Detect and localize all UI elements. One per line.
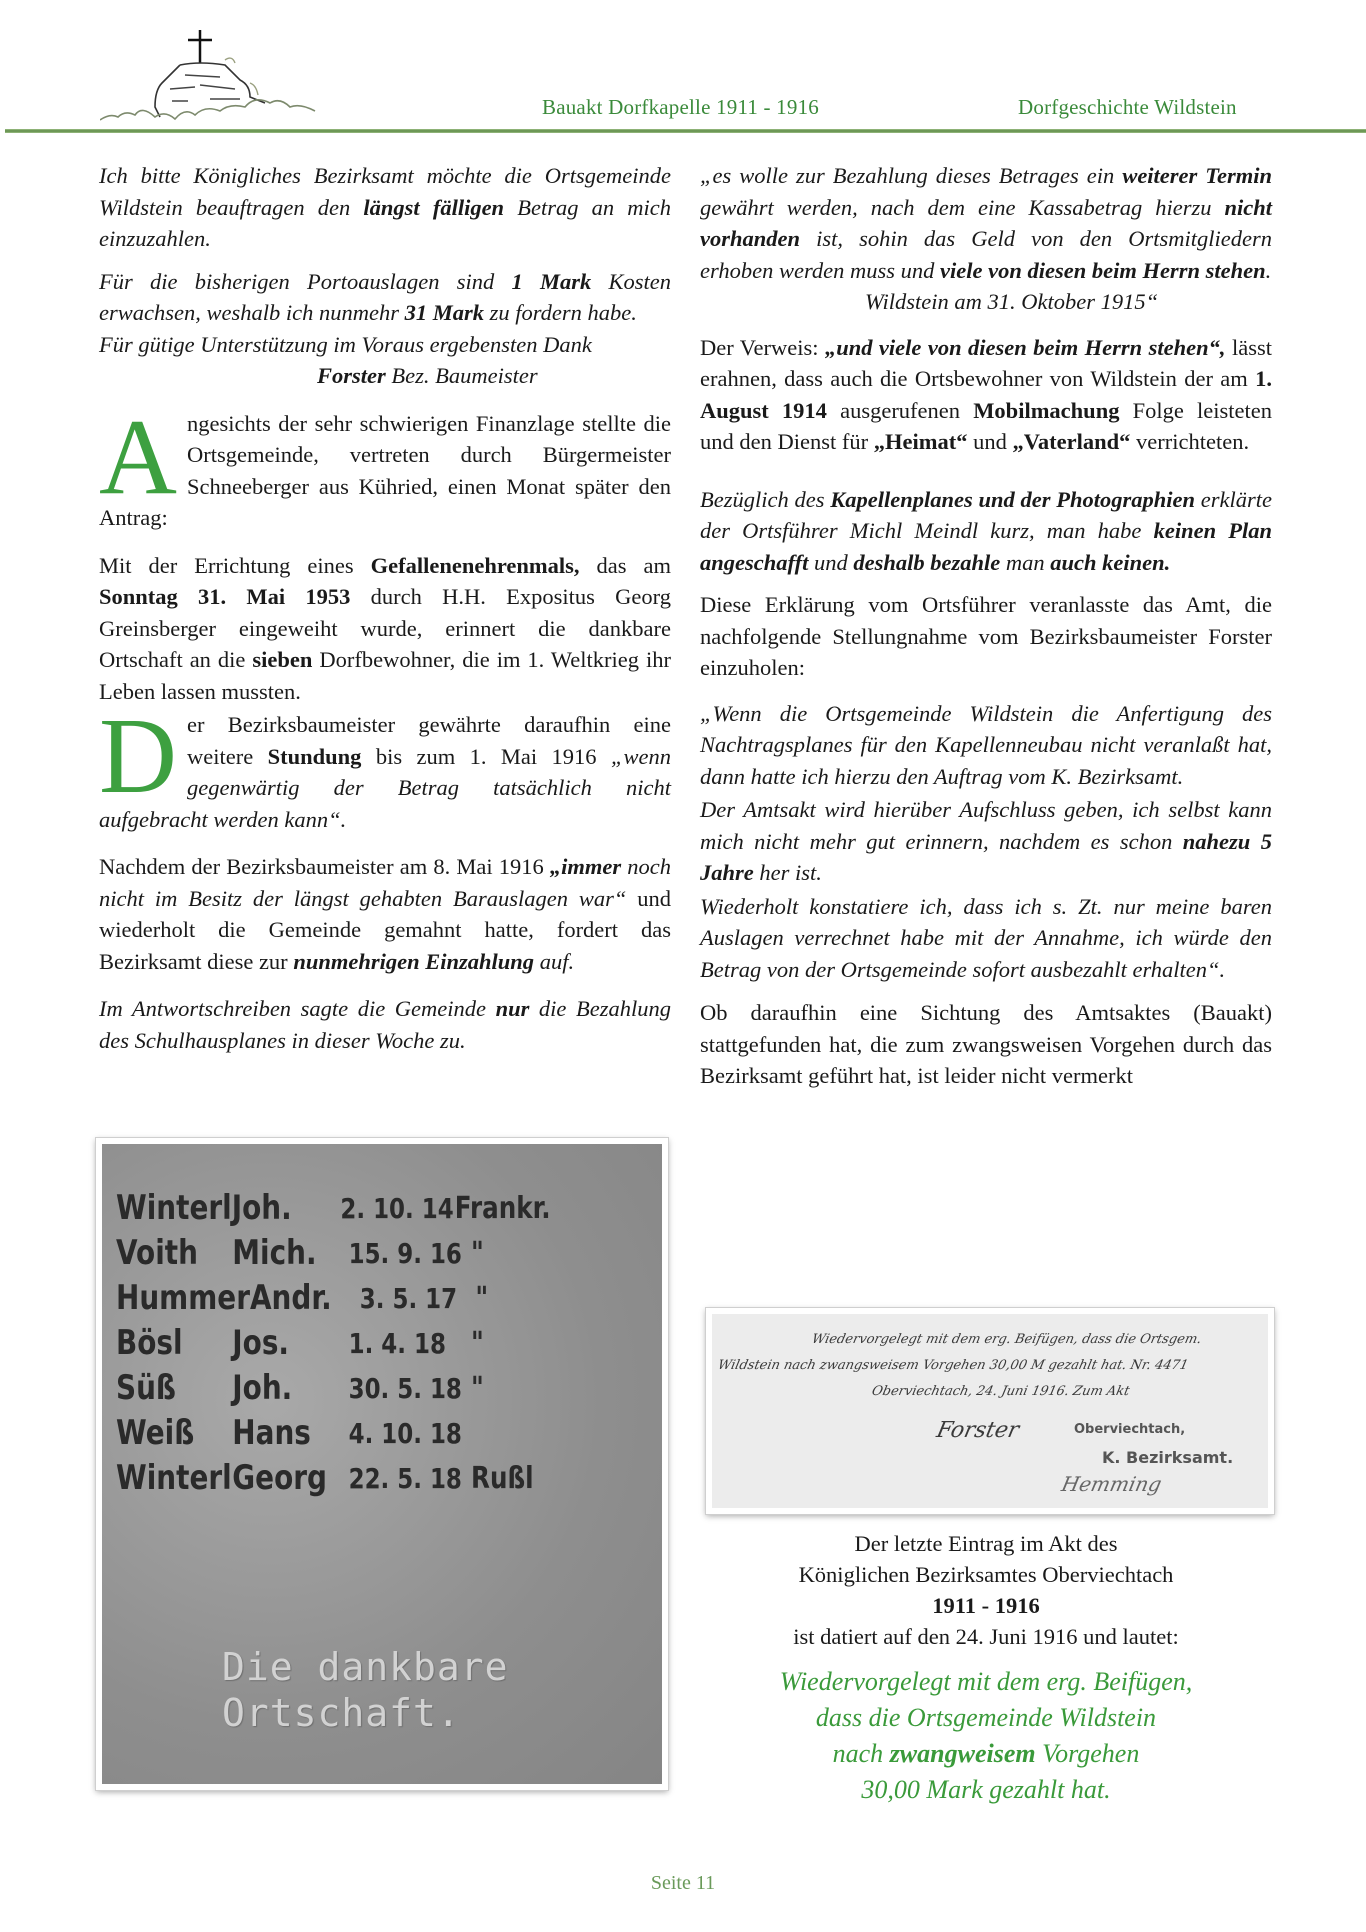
memorial-row: WinterlJoh.2. 10. 14Frankr. [116, 1186, 551, 1231]
paragraph-verweis: Der Verweis: „und viele von diesen beim … [700, 332, 1272, 458]
drop-cap-a: A [99, 410, 187, 500]
right-column: „es wolle zur Bezahlung dieses Betrages … [700, 160, 1272, 1103]
closing-note: Der letzte Eintrag im Akt des Königliche… [700, 1528, 1272, 1808]
drop-cap-d: D [99, 711, 187, 799]
paragraph-bezueglich: Bezüglich des Kapellenplanes und der Pho… [700, 484, 1272, 579]
memorial-plaque-photo: WinterlJoh.2. 10. 14Frankr. VoithMich.15… [96, 1138, 668, 1790]
document-title: Bauakt Dorfkapelle 1911 - 1916 [542, 95, 819, 120]
paragraph-antwort: Im Antwortschreiben sagte die Gemeinde n… [99, 993, 671, 1056]
page-number: Seite 11 [0, 1872, 1366, 1895]
closing-years: 1911 - 1916 [700, 1590, 1272, 1621]
quote-forster-1: „Wenn die Ortsgemeinde Wildstein die Anf… [700, 698, 1272, 793]
left-column: Ich bitte Königliches Bezirksamt möchte … [99, 160, 671, 1067]
paragraph-memorial: Mit der Errichtung eines Gefallenenehren… [99, 550, 671, 708]
memorial-names-list: WinterlJoh.2. 10. 14Frankr. VoithMich.15… [116, 1186, 551, 1501]
signature-official: Hemming [1059, 1472, 1163, 1496]
memorial-row: BöslJos.1. 4. 18" [116, 1321, 551, 1366]
signature-forster: Forster [934, 1418, 1021, 1443]
stamp-place: Oberviechtach, [1074, 1422, 1185, 1437]
quote-1915-date: Wildstein am 31. Oktober 1915“ [700, 286, 1272, 318]
letter-signature: Forster Bez. Baumeister [99, 360, 671, 392]
quote-forster-2: Der Amtsakt wird hierüber Aufschluss geb… [700, 794, 1272, 889]
closing-line-1: Der letzte Eintrag im Akt des [700, 1528, 1272, 1559]
handwritten-line-1: Wiedervorgelegt mit dem erg. Beifügen, d… [810, 1332, 1202, 1347]
memorial-row: VoithMich.15. 9. 16" [116, 1231, 551, 1276]
paragraph-stundung: Der Bezirksbaumeister gewährte daraufhin… [99, 709, 671, 835]
header-divider [5, 129, 1366, 133]
handwritten-line-3: Oberviechtach, 24. Juni 1916. Zum Akt [870, 1384, 1131, 1399]
paragraph-nachdem: Nachdem der Bezirksbaumeister am 8. Mai … [99, 851, 671, 977]
series-title: Dorfgeschichte Wildstein [1018, 95, 1237, 120]
paragraph-sichtung: Ob daraufhin eine Sichtung des Amtsaktes… [700, 997, 1272, 1092]
memorial-row: WinterlGeorg22. 5. 18Rußl [116, 1456, 551, 1501]
paragraph-erklaerung: Diese Erklärung vom Ortsführer veranlass… [700, 589, 1272, 684]
letter-closing: Für gütige Unterstützung im Voraus ergeb… [99, 329, 671, 361]
closing-line-2: Königlichen Bezirksamtes Oberviechtach [700, 1559, 1272, 1590]
handwritten-line-2: Wildstein nach zwangsweisem Vorgehen 30,… [716, 1358, 1189, 1373]
chapel-hill-cross-logo-icon [100, 25, 345, 130]
memorial-row: WeißHans4. 10. 18 [116, 1411, 551, 1456]
memorial-inscription: Die dankbare Ortschaft. [222, 1644, 509, 1736]
quote-forster-3: Wiederholt konstatiere ich, dass ich s. … [700, 891, 1272, 986]
memorial-row: SüßJoh.30. 5. 18" [116, 1366, 551, 1411]
letter-paragraph-1: Ich bitte Königliches Bezirksamt möchte … [99, 160, 671, 255]
stamp-office: K. Bezirksamt. [1102, 1448, 1233, 1467]
letter-paragraph-2: Für die bisherigen Portoauslagen sind 1 … [99, 266, 671, 329]
memorial-row: HummerAndr.3. 5. 17" [116, 1276, 551, 1321]
final-entry-quote: Wiedervorgelegt mit dem erg. Beifügen, d… [700, 1664, 1272, 1808]
paragraph-angesichts: Angesichts der sehr schwierigen Finanzla… [99, 408, 671, 534]
page-header: Bauakt Dorfkapelle 1911 - 1916 Dorfgesch… [0, 0, 1366, 140]
quote-1915: „es wolle zur Bezahlung dieses Betrages … [700, 160, 1272, 286]
closing-line-4: ist datiert auf den 24. Juni 1916 und la… [700, 1621, 1272, 1652]
archive-document-photo: Wiedervorgelegt mit dem erg. Beifügen, d… [706, 1308, 1274, 1514]
